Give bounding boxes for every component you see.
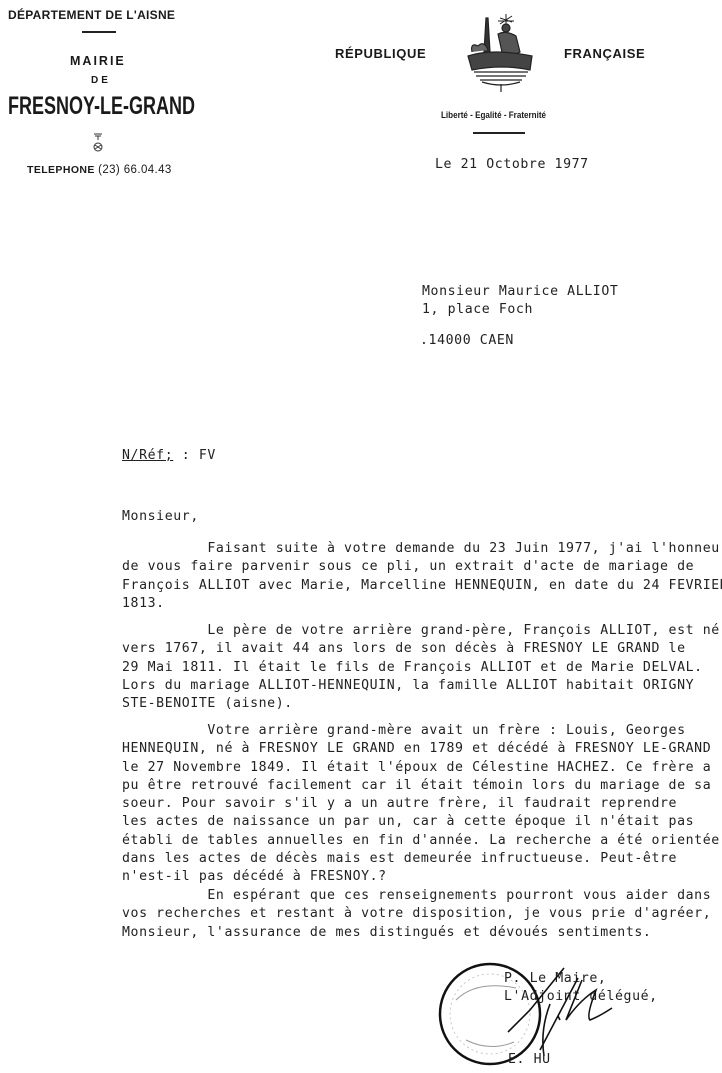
republique-label: RÉPUBLIQUE [335, 46, 426, 61]
telephone-number: (23) 66.04.43 [98, 164, 172, 176]
telephone-line: TELEPHONE (23) 66.04.43 [27, 164, 172, 176]
body-paragraph-3: Votre arrière grand-mère avait un frère … [122, 722, 720, 887]
francaise-label: FRANÇAISE [564, 46, 645, 61]
national-motto: Liberté - Egalité - Fraternité [441, 110, 546, 121]
handwritten-signature-icon [500, 960, 640, 1060]
reference-line: N/Réf; : FV [122, 447, 216, 465]
reference-label: N/Réf; [122, 448, 173, 463]
commune-name: FRESNOY-LE-GRAND [8, 92, 195, 121]
recipient-address: Monsieur Maurice ALLIOT 1, place Foch [422, 283, 618, 320]
reference-value: : FV [173, 448, 216, 463]
de-label: DE [91, 75, 111, 86]
mairie-label: MAIRIE [70, 54, 126, 68]
body-paragraph-1: Faisant suite à votre demande du 23 Juin… [122, 540, 722, 613]
divider [473, 132, 525, 134]
ornament-icon [92, 132, 104, 154]
recipient-street: 1, place Foch [422, 302, 533, 317]
marianne-emblem-icon [462, 12, 540, 92]
recipient-name: Monsieur Maurice ALLIOT [422, 284, 618, 299]
divider [82, 31, 116, 33]
body-paragraph-4: En espérant que ces renseignements pourr… [122, 887, 711, 942]
body-paragraph-2: Le père de votre arrière grand-père, Fra… [122, 622, 720, 713]
signatory-name: E. HU [508, 1051, 551, 1069]
salutation: Monsieur, [122, 508, 199, 526]
telephone-label: TELEPHONE [27, 164, 95, 176]
department-heading: DÉPARTEMENT DE L'AISNE [8, 8, 175, 22]
letter-date: Le 21 Octobre 1977 [435, 156, 589, 174]
recipient-city: .14000 CAEN [420, 332, 514, 350]
